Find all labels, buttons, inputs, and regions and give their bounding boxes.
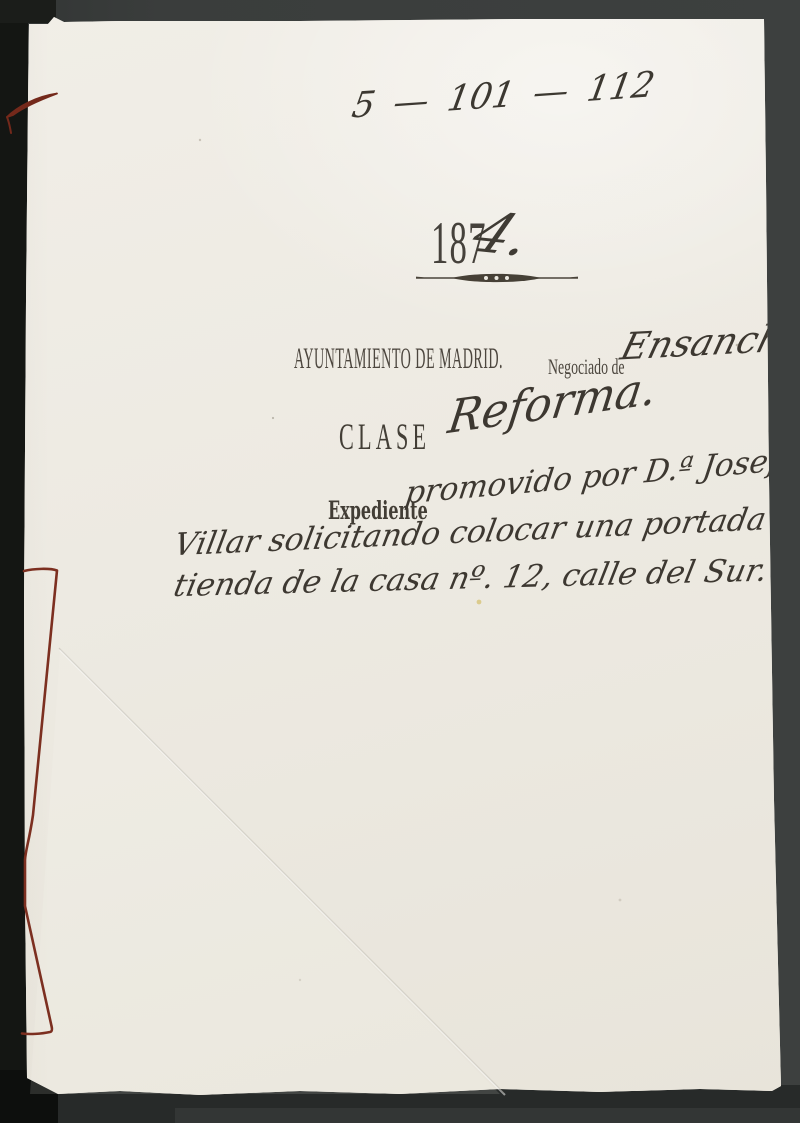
ornament-divider-icon: [414, 269, 580, 285]
paper-sheet: 5 — 101 — 112 187 4. AYUNTAMIENTO DE MAD…: [0, 0, 800, 1123]
scan-background-bottom-strip: [175, 1108, 800, 1123]
clase-value-handwritten: Reforma.: [445, 365, 659, 441]
scan-background-left-edge: [0, 0, 28, 1123]
negociado-value-handwritten: Ensanche.: [617, 318, 800, 366]
institution-title: AYUNTAMIENTO DE MADRID.: [294, 344, 503, 374]
scan-background-top-left-corner: [0, 0, 56, 23]
archive-numbers-handwritten: 5 — 101 — 112: [349, 65, 658, 127]
clase-label: CLASE: [339, 419, 430, 456]
document-scan: 5 — 101 — 112 187 4. AYUNTAMIENTO DE MAD…: [0, 0, 800, 1123]
